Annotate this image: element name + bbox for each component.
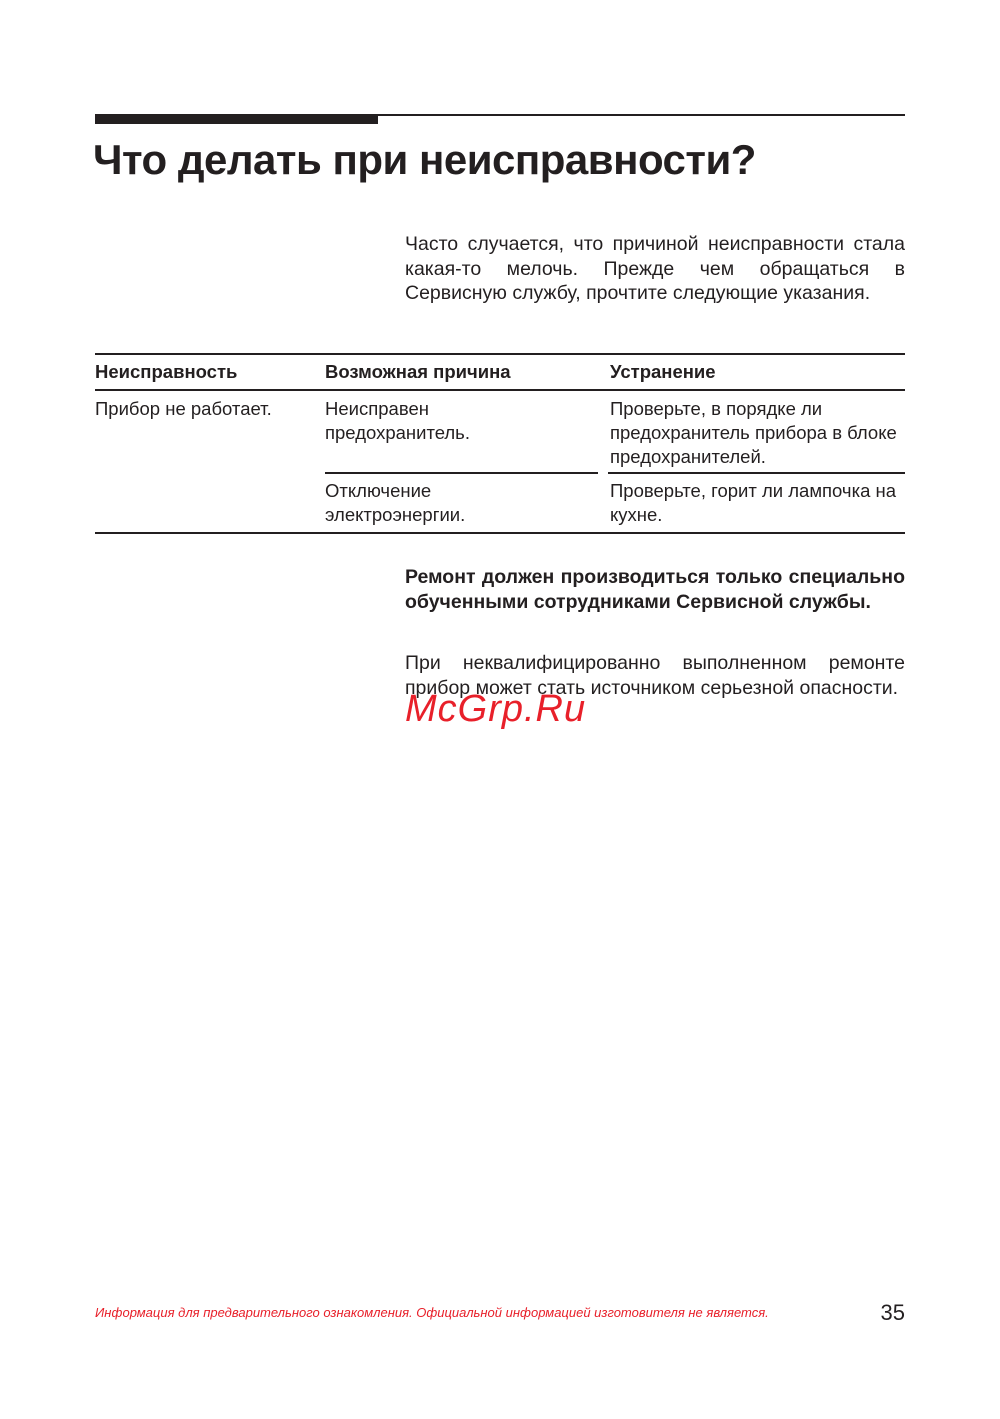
- row-1-fault: Прибор не работает.: [95, 397, 315, 421]
- page-number: 35: [881, 1300, 905, 1326]
- page-title: Что делать при неисправности?: [93, 134, 756, 186]
- row-1-cause: Неисправен предохранитель.: [325, 397, 525, 445]
- top-accent-block: [95, 114, 378, 124]
- intro-paragraph: Часто случается, что причиной неисправно…: [405, 232, 905, 306]
- footer-disclaimer: Информация для предварительного ознакомл…: [95, 1305, 769, 1320]
- header-remedy: Устранение: [610, 361, 716, 383]
- header-cause: Возможная причина: [325, 361, 511, 383]
- row-divider-cause: [325, 472, 598, 474]
- row-1-remedy: Проверьте, в порядке ли предохранитель п…: [610, 397, 905, 469]
- row-2-remedy: Проверьте, горит ли лампочка на кухне.: [610, 479, 905, 527]
- row-divider-remedy: [608, 472, 905, 474]
- row-2-cause: Отключение электроэнергии.: [325, 479, 525, 527]
- repair-warning: Ремонт должен производиться только специ…: [405, 565, 905, 614]
- table-top-rule: [95, 353, 905, 355]
- table-bottom-rule: [95, 532, 905, 534]
- header-fault: Неисправность: [95, 361, 237, 383]
- watermark: McGrp.Ru: [405, 688, 586, 731]
- header-bottom-rule: [95, 389, 905, 391]
